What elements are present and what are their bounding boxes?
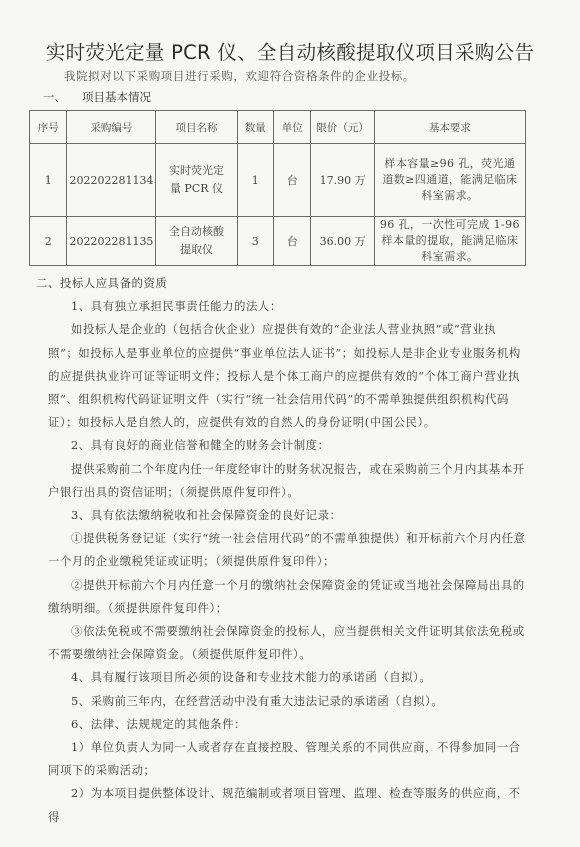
cell-price: 17.90 万 bbox=[311, 144, 374, 217]
paragraph: 如投标人是企业的（包括合伙企业）应提供有效的“企业法人营业执照”或“营业执照”；… bbox=[48, 318, 526, 434]
procurement-table: 序号 采购编号 项目名称 数量 单位 限价（元） 基本要求 1 20220228… bbox=[29, 110, 526, 266]
cell-code: 202202281135 bbox=[67, 217, 156, 266]
table-row: 1 202202281134 实时荧光定量 PCR 仪 1 台 17.90 万 … bbox=[30, 144, 526, 217]
paragraph: 1）单位负责人为同一人或者存在直接控股、管理关系的不同供应商，不得参加同一合同项… bbox=[48, 736, 526, 782]
paragraph: 5、采购前三年内，在经营活动中没有重大违法记录的承诺函（自拟）。 bbox=[48, 690, 526, 713]
header-name: 项目名称 bbox=[156, 111, 237, 144]
section-1-number: 一、 bbox=[43, 90, 66, 104]
paragraph: ③依法免税或不需要缴纳社会保障资金的投标人，应当提供相关文件证明其依法免税或不需… bbox=[48, 620, 526, 666]
cell-quantity: 3 bbox=[237, 217, 273, 266]
qualifications-section: 二、投标人应具备的资质 1、具有独立承担民事责任能力的法人： 如投标人是企业的（… bbox=[48, 272, 526, 829]
cell-requirement: 样本容量≥96 孔，荧光通道数≥四通道，能满足临床科室需求。 bbox=[374, 144, 525, 217]
paragraph: 1、具有独立承担民事责任能力的法人： bbox=[48, 295, 526, 318]
paragraph: ②提供开标前六个月内任意一个月的缴纳社会保障资金的凭证或当地社会保障局出具的缴纳… bbox=[48, 574, 526, 620]
cell-unit: 台 bbox=[274, 217, 311, 266]
cell-quantity: 1 bbox=[237, 144, 273, 217]
cell-name: 实时荧光定量 PCR 仪 bbox=[156, 144, 237, 217]
header-price: 限价（元） bbox=[311, 111, 374, 144]
section-2-heading: 二、投标人应具备的资质 bbox=[36, 272, 526, 295]
document-title: 实时荧光定量 PCR 仪、全自动核酸提取仪项目采购公告 bbox=[0, 37, 580, 65]
cell-name: 全自动核酸提取仪 bbox=[156, 217, 237, 266]
paragraph: 3、具有依法缴纳税收和社会保障资金的良好记录： bbox=[48, 504, 526, 527]
intro-text: 我院拟对以下采购项目进行采购，欢迎符合资格条件的企业投标。 bbox=[64, 68, 415, 84]
cell-code: 202202281134 bbox=[67, 144, 156, 217]
paragraph: 6、法律、法规规定的其他条件： bbox=[48, 713, 526, 736]
section-1-heading: 一、项目基本情况 bbox=[43, 89, 151, 105]
header-unit: 单位 bbox=[274, 111, 311, 144]
paragraph: 2）为本项目提供整体设计、规范编制或者项目管理、监理、检查等服务的供应商，不得 bbox=[48, 782, 526, 828]
paragraph: 提供采购前二个年度内任一年度经审计的财务状况报告，或在采购前三个月内其基本开户银… bbox=[48, 458, 526, 504]
table-header-row: 序号 采购编号 项目名称 数量 单位 限价（元） 基本要求 bbox=[30, 111, 526, 144]
paragraph: 2、具有良好的商业信誉和健全的财务会计制度： bbox=[48, 434, 526, 457]
section-1-title: 项目基本情况 bbox=[82, 90, 151, 104]
header-requirement: 基本要求 bbox=[374, 111, 525, 144]
header-index: 序号 bbox=[30, 111, 67, 144]
header-quantity: 数量 bbox=[237, 111, 273, 144]
cell-unit: 台 bbox=[274, 144, 311, 217]
header-code: 采购编号 bbox=[67, 111, 156, 144]
cell-index: 2 bbox=[30, 217, 67, 266]
paragraph: ①提供税务登记证（实行“统一社会信用代码”的不需单独提供）和开标前六个月内任意一… bbox=[48, 527, 526, 573]
cell-index: 1 bbox=[30, 144, 67, 217]
scanned-document-page: 实时荧光定量 PCR 仪、全自动核酸提取仪项目采购公告 我院拟对以下采购项目进行… bbox=[0, 0, 580, 847]
cell-price: 36.00 万 bbox=[311, 217, 374, 266]
cell-requirement: 96 孔，一次性可完成 1-96 样本量的提取，能满足临床科室需求。 bbox=[374, 217, 525, 266]
paragraph: 4、具有履行该项目所必须的设备和专业技术能力的承诺函（自拟）。 bbox=[48, 666, 526, 689]
table-row: 2 202202281135 全自动核酸提取仪 3 台 36.00 万 96 孔… bbox=[30, 217, 526, 266]
